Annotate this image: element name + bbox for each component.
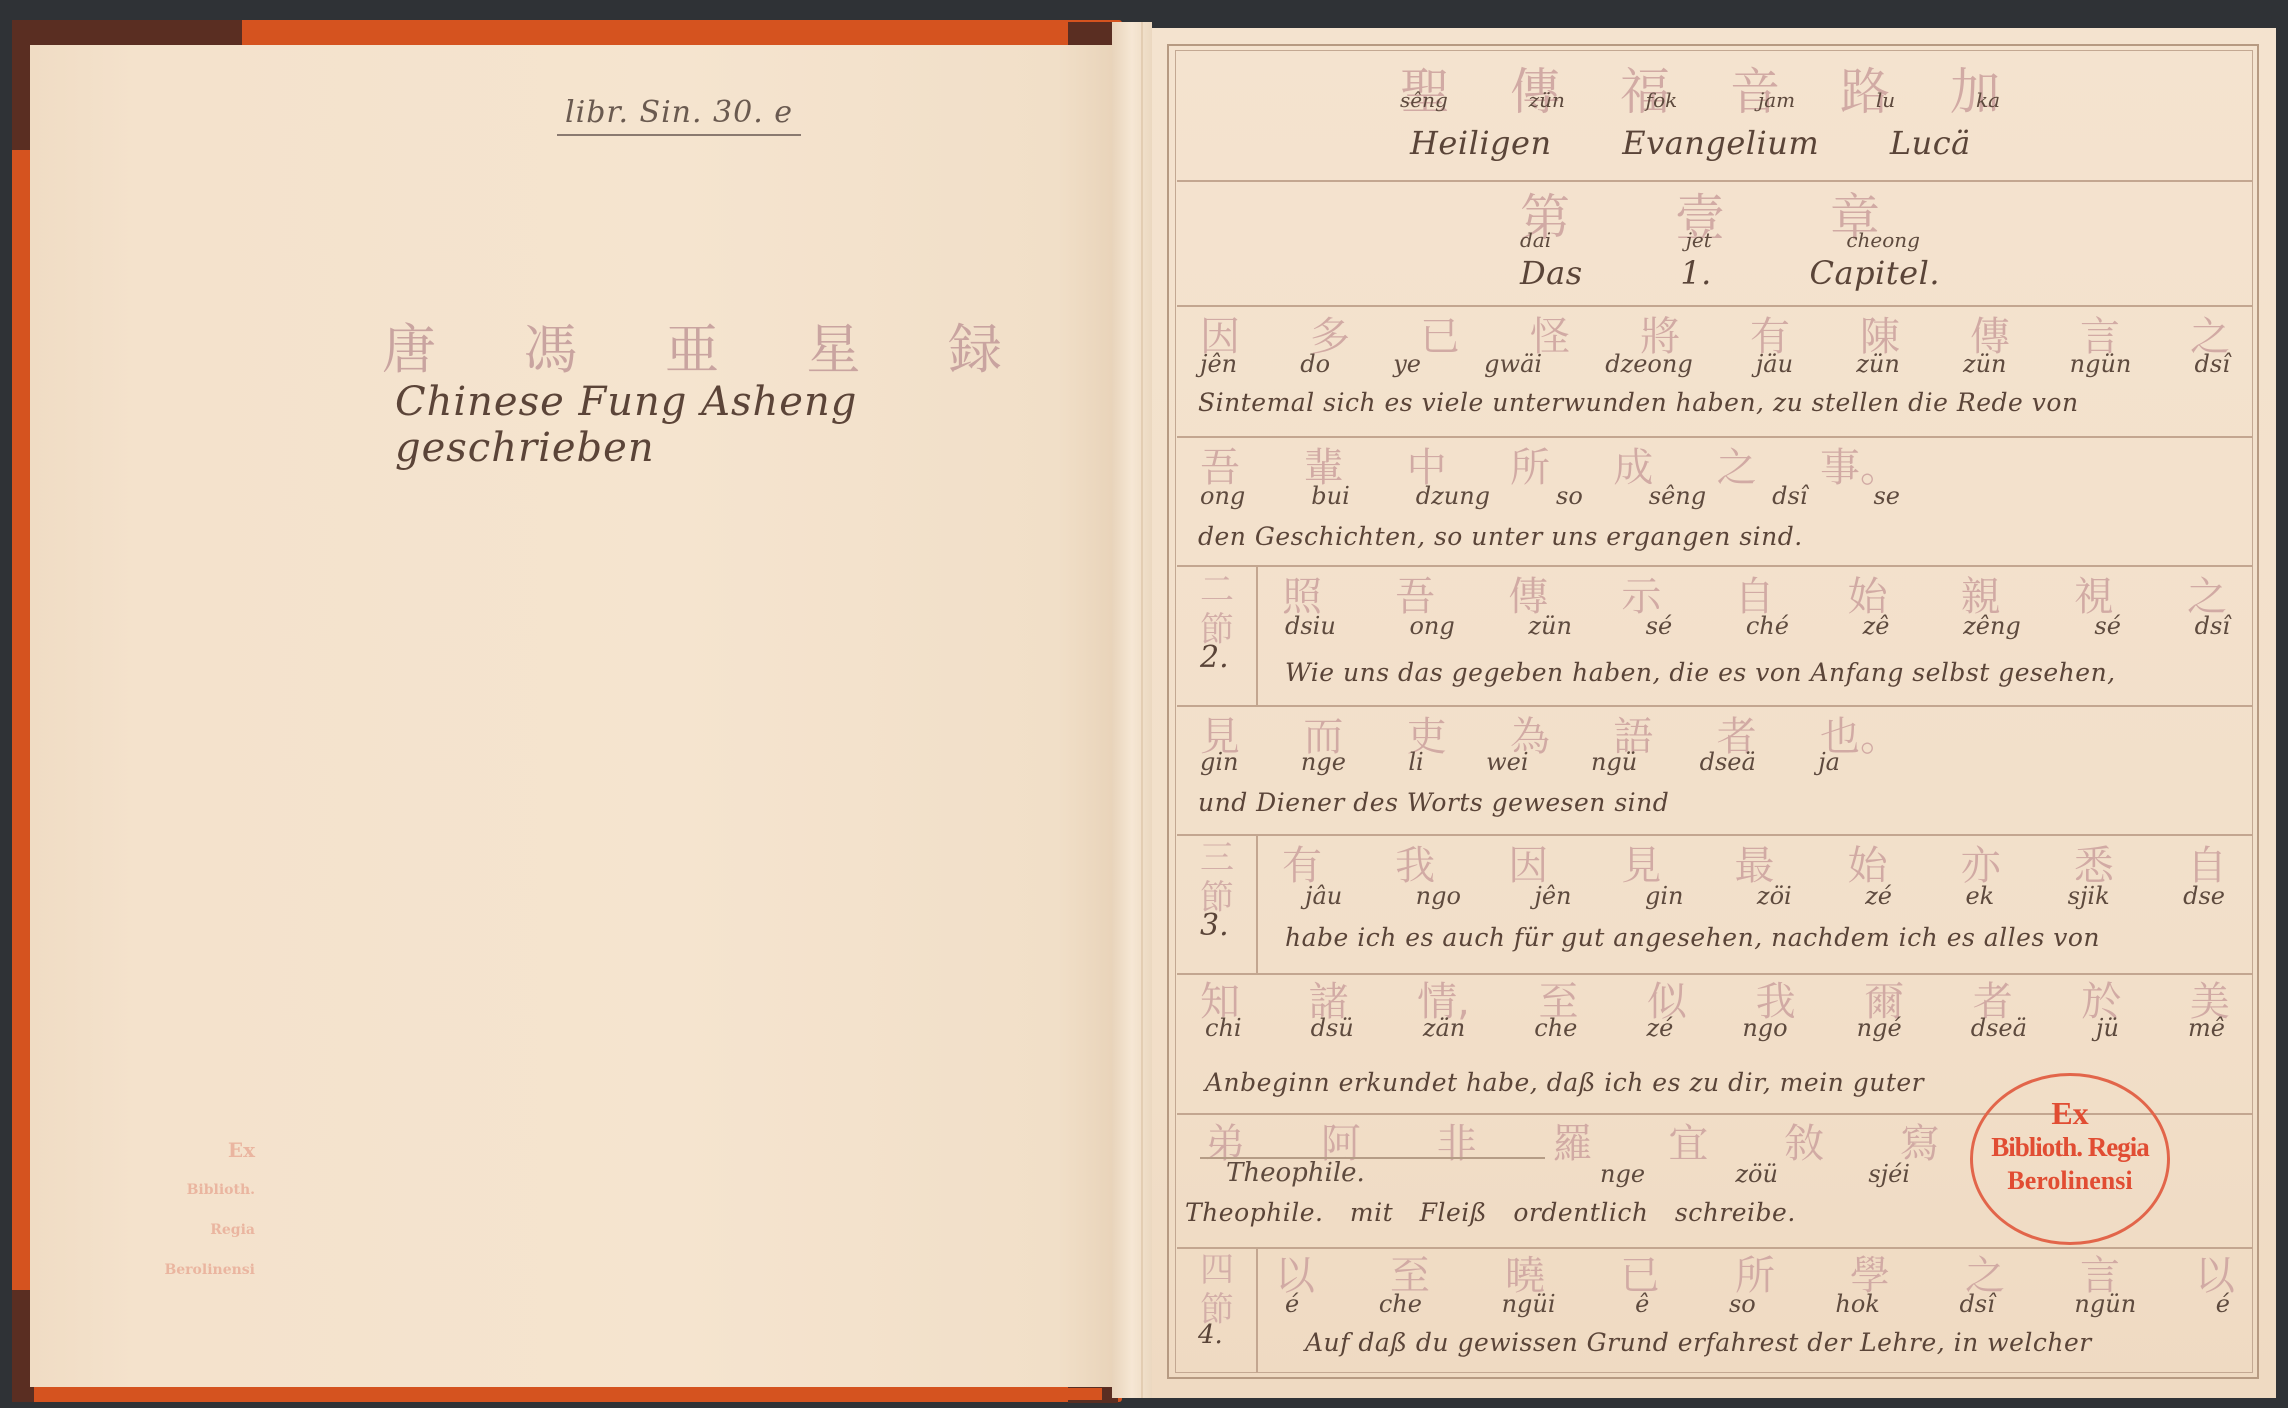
romanization: zé <box>1646 1014 1673 1042</box>
section-label: 三節 <box>1192 838 1242 918</box>
title-char: 星 <box>807 307 861 384</box>
romanization: jâu <box>1305 882 1342 910</box>
section-number: 2. <box>1200 640 1229 675</box>
section-label: 四節 <box>1192 1250 1242 1330</box>
romanization: dsî <box>2195 350 2230 378</box>
verse-translation: habe ich es auch für gut angesehen, nach… <box>1285 923 2100 952</box>
stamp-line: Ex <box>1973 1096 2167 1130</box>
translation-word: 1. <box>1680 254 1712 292</box>
romanization: ngün <box>2074 1290 2136 1318</box>
romanization: mê <box>2188 1014 2225 1042</box>
faded-stamp-line: Biblioth. Regia <box>145 1170 255 1250</box>
section-column-divider <box>1256 1247 1258 1373</box>
romanization: sé <box>1646 612 1673 640</box>
romanization: ché <box>1746 612 1789 640</box>
faded-stamp-offset: Ex Biblioth. Regia Berolinensi <box>145 1130 255 1260</box>
romanization: zän <box>1423 1014 1465 1042</box>
gutter-fold <box>1141 22 1143 1398</box>
romanization: ngü <box>1591 748 1637 776</box>
romanization: ong <box>1409 612 1454 640</box>
verse-romanization: jên do ye gwäi dzeong jäu zün zün ngün d… <box>1200 350 2230 378</box>
romanization: dsü <box>1311 1014 1354 1042</box>
romanization: jü <box>2096 1014 2119 1042</box>
library-ownership-stamp: Ex Biblioth. Regia Berolinensi <box>1970 1073 2170 1245</box>
verse-translation: Sintemal sich es viele unterwunden haben… <box>1198 388 2079 417</box>
chapter-heading-romanization: dai jet cheong <box>1520 228 1920 252</box>
left-pastedown-page: libr. Sin. 30. e 唐 馮 亜 星 録 Chinese Fung … <box>30 45 1112 1387</box>
romanization: cheong <box>1846 228 1920 252</box>
title-char: 亜 <box>665 307 719 384</box>
romanization: zün <box>1963 350 2007 378</box>
romanization: dzung <box>1416 482 1490 510</box>
romanization: dsî <box>2195 612 2230 640</box>
romanization: gwäi <box>1484 350 1542 378</box>
romanization: li <box>1408 748 1423 776</box>
romanization: zün <box>1528 612 1572 640</box>
verse-romanization: chi dsü zän che zé ngo ngé dseä jü mê <box>1205 1014 2225 1042</box>
romanization: ja <box>1818 748 1840 776</box>
verse-romanization: nge zöü sjéi <box>1600 1160 1910 1188</box>
cover-corner-leather <box>12 20 32 150</box>
verse-translation: Wie uns das gegeben haben, die es von An… <box>1285 658 2116 687</box>
romanization: dseä <box>1971 1014 2027 1042</box>
verse-translation: und Diener des Worts gewesen sind <box>1198 788 1669 817</box>
title-char: 馮 <box>524 307 578 384</box>
romanization: che <box>1379 1290 1422 1318</box>
romanization: sé <box>2094 612 2121 640</box>
romanization: jên <box>1534 882 1571 910</box>
romanization: ngo <box>1416 882 1461 910</box>
verse-romanization: gin nge li wei ngü dseä ja <box>1200 748 1840 776</box>
cover-bottom-edge <box>52 1388 1102 1400</box>
verse-romanization: ong bui dzung so sêng dsî se <box>1200 482 1900 510</box>
title-cjk: 唐 馮 亜 星 録 <box>382 307 1002 384</box>
romanization: se <box>1873 482 1900 510</box>
romanization: gin <box>1645 882 1684 910</box>
stamp-line: Biblioth. Regia <box>1973 1130 2167 1164</box>
translation-word: Das <box>1520 254 1583 292</box>
verse-translation: den Geschichten, so unter uns ergangen s… <box>1198 522 1803 551</box>
romanization: ngüi <box>1502 1290 1556 1318</box>
title-char: 唐 <box>382 307 436 384</box>
romanization: jên <box>1200 350 1237 378</box>
romanization: bui <box>1311 482 1350 510</box>
section-column-divider <box>1256 565 1258 705</box>
romanization: nge <box>1301 748 1346 776</box>
romanization: zöü <box>1735 1160 1778 1188</box>
verse-romanization: é che ngüi ê so hok dsî ngün é <box>1285 1290 2230 1318</box>
romanization: zêng <box>1963 612 2021 640</box>
romanization: che <box>1534 1014 1577 1042</box>
section-number: 4. <box>1198 1320 1223 1350</box>
author-note: Chinese Fung Asheng geschrieben <box>395 379 1112 471</box>
gospel-title-translation: Heiligen Evangelium Lucä <box>1410 124 1971 162</box>
section-label: 二節 <box>1192 570 1242 650</box>
gospel-title-romanization: sêng zün fok jam lu ka <box>1400 88 2000 112</box>
romanization: dse <box>2183 882 2225 910</box>
cjk-char: 羅 <box>1552 1112 1592 1169</box>
romanization: é <box>2216 1290 2230 1318</box>
romanization: ngé <box>1857 1014 1902 1042</box>
book-gutter <box>1112 22 1152 1398</box>
romanization: ek <box>1965 882 1994 910</box>
romanization: hok <box>1835 1290 1879 1318</box>
romanization: sjéi <box>1868 1160 1910 1188</box>
verse-translation: Auf daß du gewissen Grund erfahrest der … <box>1305 1328 2092 1357</box>
romanization: jet <box>1686 228 1712 252</box>
romanization: é <box>1285 1290 1299 1318</box>
romanization: gin <box>1200 748 1239 776</box>
romanization: ka <box>1976 88 2000 112</box>
romanization: so <box>1556 482 1583 510</box>
romanization: lu <box>1876 88 1895 112</box>
romanization: sjik <box>2068 882 2110 910</box>
verse-romanization-lead: Theophile. <box>1226 1158 1365 1188</box>
section-number: 3. <box>1200 908 1229 943</box>
romanization: dseä <box>1700 748 1756 776</box>
romanization: nge <box>1600 1160 1645 1188</box>
romanization: ngo <box>1742 1014 1787 1042</box>
romanization: dsî <box>1772 482 1807 510</box>
chapter-heading-translation: Das 1. Capitel. <box>1520 254 1940 292</box>
romanization: dai <box>1520 228 1551 252</box>
romanization: chi <box>1205 1014 1242 1042</box>
romanization: zé <box>1865 882 1892 910</box>
romanization: do <box>1300 350 1330 378</box>
romanization: sêng <box>1400 88 1448 112</box>
romanization: ngün <box>2070 350 2132 378</box>
verse-romanization: dsiu ong zün sé ché zê zêng sé dsî <box>1285 612 2230 640</box>
romanization: dsiu <box>1285 612 1336 640</box>
romanization: sêng <box>1649 482 1706 510</box>
verse-translation: Theophile. mit Fleiß ordentlich schreibe… <box>1185 1198 1796 1227</box>
romanization: dsî <box>1959 1290 1994 1318</box>
cjk-char: 非 <box>1437 1112 1477 1169</box>
title-char: 録 <box>948 307 1002 384</box>
faded-stamp-line: Berolinensi <box>145 1250 255 1290</box>
romanization: dzeong <box>1605 350 1692 378</box>
romanization: jäu <box>1756 350 1793 378</box>
verse-romanization: jâu ngo jên gin zöi zé ek sjik dse <box>1305 882 2225 910</box>
verse-translation: Anbeginn erkundet habe, daß ich es zu di… <box>1205 1068 1924 1097</box>
romanization: zün <box>1856 350 1900 378</box>
translation-word: Capitel. <box>1810 254 1940 292</box>
romanization: zün <box>1529 88 1565 112</box>
stamp-line: Berolinensi <box>1973 1164 2167 1198</box>
romanization: ong <box>1200 482 1245 510</box>
romanization: wei <box>1486 748 1528 776</box>
romanization: ê <box>1635 1290 1649 1318</box>
section-column-divider <box>1256 834 1258 973</box>
faded-stamp-line: Ex <box>145 1130 255 1170</box>
romanization: jam <box>1758 88 1795 112</box>
romanization: zê <box>1863 612 1890 640</box>
romanization: fok <box>1646 88 1678 112</box>
romanization: so <box>1729 1290 1756 1318</box>
romanization: ye <box>1393 350 1421 378</box>
romanization: zöi <box>1757 882 1792 910</box>
call-number: libr. Sin. 30. e <box>557 95 801 136</box>
